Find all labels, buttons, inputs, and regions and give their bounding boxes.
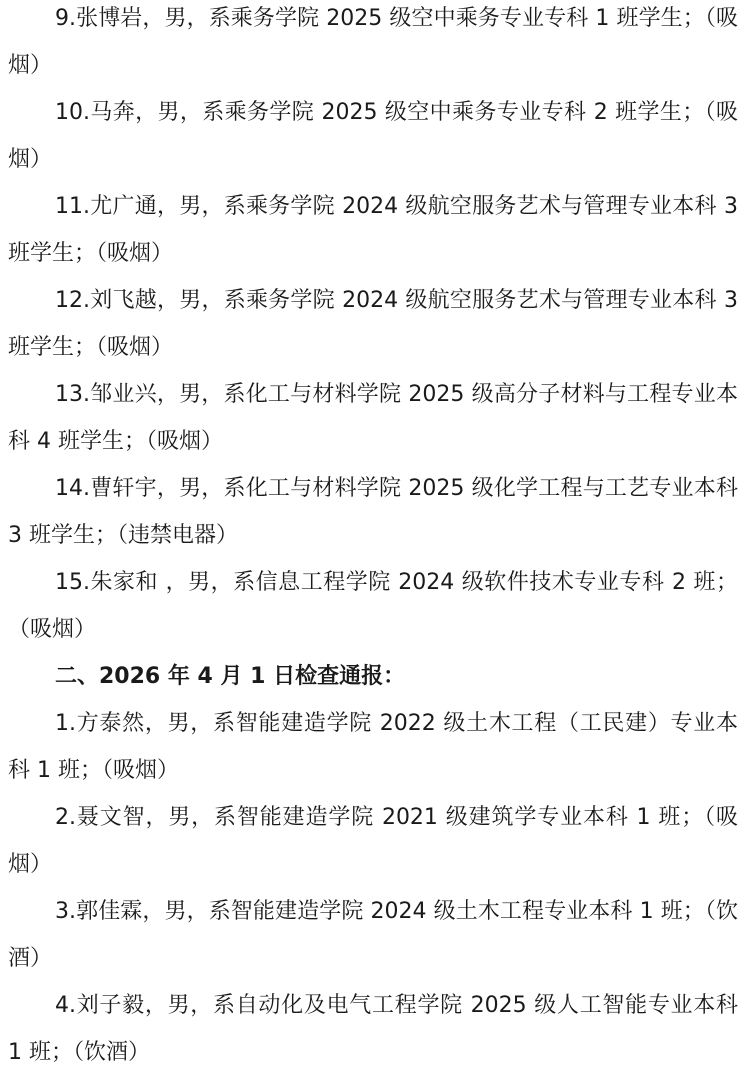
item-text: 尤广通，男，系乘务学院 2024 级航空服务艺术与管理专业本科 3 班学生；（吸… bbox=[8, 194, 738, 266]
item-number: 2. bbox=[55, 805, 76, 830]
document-body: 9.张博岩，男，系乘务学院 2025 级空中乘务专业专科 1 班学生；（吸烟） … bbox=[8, 0, 738, 1074]
item-text: 张博岩，男，系乘务学院 2025 级空中乘务专业专科 1 班学生；（吸烟） bbox=[8, 6, 738, 78]
list-item: 3.郭佳霖，男，系智能建造学院 2024 级土木工程专业本科 1 班；（饮酒） bbox=[8, 888, 738, 982]
item-text: 刘子毅，男，系自动化及电气工程学院 2025 级人工智能专业本科 1 班；（饮酒… bbox=[8, 993, 738, 1065]
item-number: 15. bbox=[55, 570, 90, 595]
item-number: 3. bbox=[55, 899, 76, 924]
list-item: 4.刘子毅，男，系自动化及电气工程学院 2025 级人工智能专业本科 1 班；（… bbox=[8, 982, 738, 1074]
item-number: 11. bbox=[55, 194, 90, 219]
item-text: 曹轩宇，男，系化工与材料学院 2025 级化学工程与工艺专业本科 3 班学生；（… bbox=[8, 476, 738, 548]
item-number: 1. bbox=[55, 711, 76, 736]
list-item: 15.朱家和 ，男，系信息工程学院 2024 级软件技术专业专科 2 班；（吸烟… bbox=[8, 559, 738, 653]
list-item: 9.张博岩，男，系乘务学院 2025 级空中乘务专业专科 1 班学生；（吸烟） bbox=[8, 0, 738, 89]
item-text: 马奔，男，系乘务学院 2025 级空中乘务专业专科 2 班学生；（吸烟） bbox=[8, 100, 738, 172]
item-text: 郭佳霖，男，系智能建造学院 2024 级土木工程专业本科 1 班；（饮酒） bbox=[8, 899, 738, 971]
list-item: 2.聂文智，男，系智能建造学院 2021 级建筑学专业本科 1 班；（吸烟） bbox=[8, 794, 738, 888]
section-heading: 二、2026 年 4 月 1 日检查通报： bbox=[8, 653, 738, 700]
item-number: 4. bbox=[55, 993, 76, 1018]
item-number: 9. bbox=[55, 6, 76, 31]
item-text: 朱家和 ，男，系信息工程学院 2024 级软件技术专业专科 2 班；（吸烟） bbox=[8, 570, 738, 642]
item-text: 方泰然，男，系智能建造学院 2022 级土木工程（工民建）专业本科 1 班；（吸… bbox=[8, 711, 738, 783]
list-item: 14.曹轩宇，男，系化工与材料学院 2025 级化学工程与工艺专业本科 3 班学… bbox=[8, 465, 738, 559]
item-number: 12. bbox=[55, 288, 90, 313]
list-item: 13.邹业兴，男，系化工与材料学院 2025 级高分子材料与工程专业本科 4 班… bbox=[8, 371, 738, 465]
list-item: 11.尤广通，男，系乘务学院 2024 级航空服务艺术与管理专业本科 3 班学生… bbox=[8, 183, 738, 277]
list-item: 12.刘飞越，男，系乘务学院 2024 级航空服务艺术与管理专业本科 3 班学生… bbox=[8, 277, 738, 371]
item-number: 13. bbox=[55, 382, 90, 407]
list-item: 10.马奔，男，系乘务学院 2025 级空中乘务专业专科 2 班学生；（吸烟） bbox=[8, 89, 738, 183]
item-text: 刘飞越，男，系乘务学院 2024 级航空服务艺术与管理专业本科 3 班学生；（吸… bbox=[8, 288, 738, 360]
item-text: 邹业兴，男，系化工与材料学院 2025 级高分子材料与工程专业本科 4 班学生；… bbox=[8, 382, 738, 454]
item-number: 10. bbox=[55, 100, 90, 125]
item-text: 聂文智，男，系智能建造学院 2021 级建筑学专业本科 1 班；（吸烟） bbox=[8, 805, 738, 877]
item-number: 14. bbox=[55, 476, 90, 501]
list-item: 1.方泰然，男，系智能建造学院 2022 级土木工程（工民建）专业本科 1 班；… bbox=[8, 700, 738, 794]
